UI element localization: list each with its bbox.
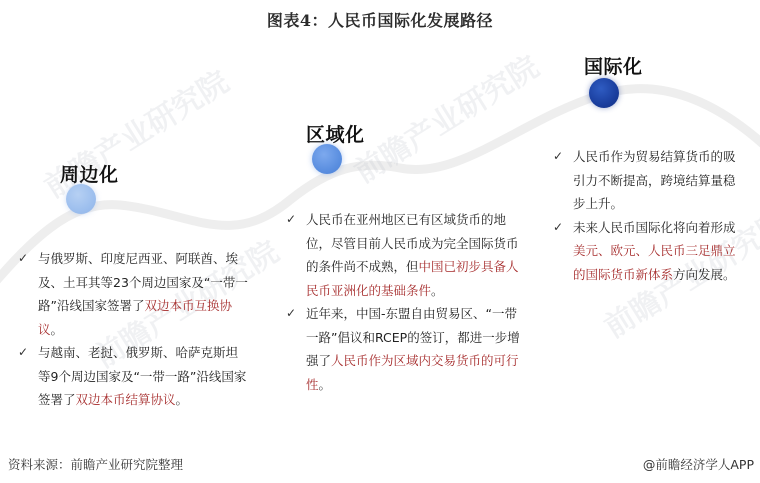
bullet-item: ✓ 人民币在亚州地区已有区域货币的地位，尽管目前人民币成为完全国际货币的条件尚不… [278,208,520,302]
stage-dot-international [589,78,619,108]
stage-bullets-peripheral: ✓ 与俄罗斯、印度尼西亚、阿联酋、埃及、土耳其等23个周边国家及“一带一路”沿线… [10,247,250,412]
stage-title-peripheral: 周边化 [60,160,119,187]
credit-note: @前瞻经济学人APP [643,455,754,473]
stage-dot-regional [312,144,342,174]
chart-title: 图表4：人民币国际化发展路径 [0,8,760,31]
check-icon: ✓ [18,341,28,365]
stage-bullets-international: ✓ 人民币作为贸易结算货币的吸引力不断提高，跨境结算量稳步上升。 ✓ 未来人民币… [545,145,745,286]
bullet-item: ✓ 近年来，中国-东盟自由贸易区、“一带一路”倡议和RCEP的签订，都进一步增强… [278,302,520,396]
source-note: 资料来源：前瞻产业研究院整理 [8,455,183,473]
bullet-item: ✓ 与越南、老挝、俄罗斯、哈萨克斯坦等9个周边国家及“一带一路”沿线国家签署了双… [10,341,250,412]
check-icon: ✓ [286,208,296,232]
highlight-text: 双边本币结算协议 [76,392,176,407]
stage-bullets-regional: ✓ 人民币在亚州地区已有区域货币的地位，尽管目前人民币成为完全国际货币的条件尚不… [278,208,520,396]
bullet-item: ✓ 人民币作为贸易结算货币的吸引力不断提高，跨境结算量稳步上升。 [545,145,745,216]
stage-title-regional: 区域化 [306,120,365,147]
stage-title-international: 国际化 [584,52,643,79]
bullet-item: ✓ 未来人民币国际化将向着形成美元、欧元、人民币三足鼎立的国际货币新体系方向发展… [545,216,745,287]
watermark: 前瞻产业研究院 [344,43,545,192]
bullet-item: ✓ 与俄罗斯、印度尼西亚、阿联酋、埃及、土耳其等23个周边国家及“一带一路”沿线… [10,247,250,341]
check-icon: ✓ [286,302,296,326]
check-icon: ✓ [553,145,563,169]
highlight-text: 人民币作为区域内交易货币的可行性 [306,353,519,392]
stage-dot-peripheral [66,184,96,214]
check-icon: ✓ [553,216,563,240]
check-icon: ✓ [18,247,28,271]
